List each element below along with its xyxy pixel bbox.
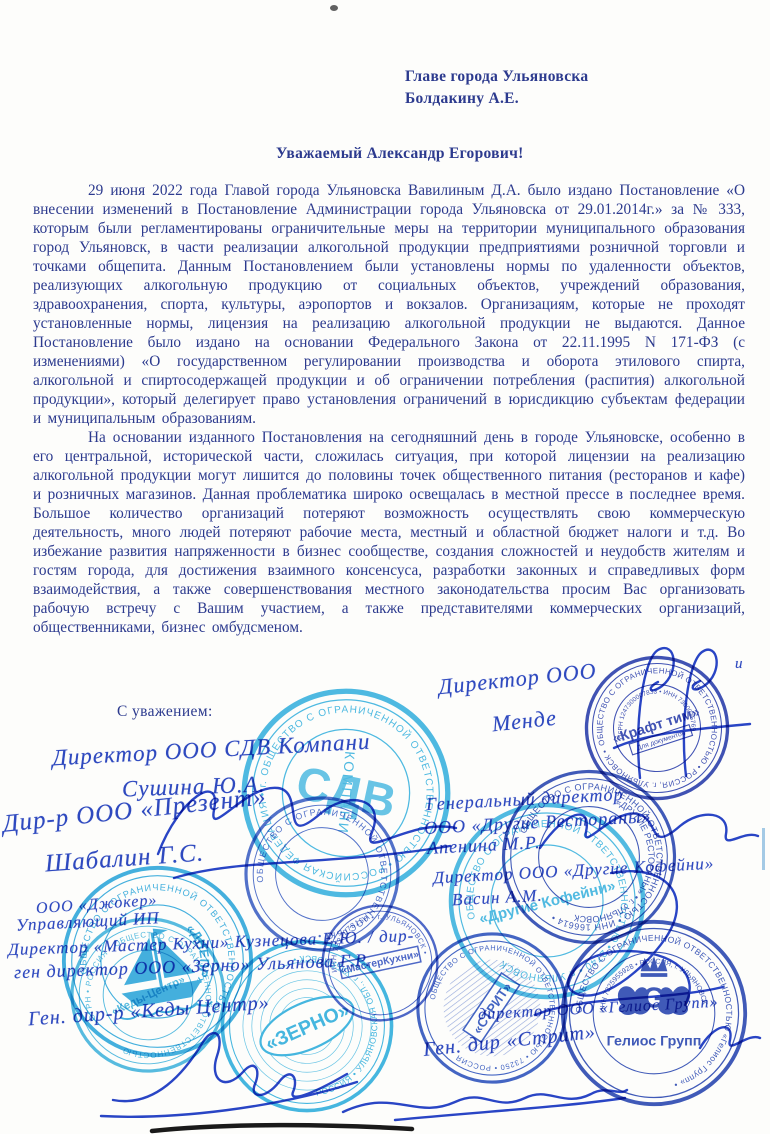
signature-squiggle <box>150 758 470 908</box>
scan-edge-shadow <box>148 1120 418 1134</box>
paragraph-1: 29 июня 2022 года Главой города Ульяновс… <box>33 181 745 428</box>
signature-squiggle <box>515 855 730 1025</box>
stamp-center-text: Гелиос Групп <box>607 1033 702 1049</box>
signature-squiggle <box>95 1012 365 1122</box>
scan-edge-mark <box>762 828 765 870</box>
signature-squiggle <box>600 628 760 798</box>
letter-page: { "letter": { "recipient_line1": "Главе … <box>0 0 770 1134</box>
scan-speck <box>330 5 338 11</box>
recipient-line-1: Главе города Ульяновска <box>405 66 588 88</box>
recipient-block: Главе города Ульяновска Болдакину А.Е. <box>405 66 588 110</box>
signature-squiggle <box>335 1068 635 1128</box>
handwriting-kraft-name: Менде <box>491 705 558 738</box>
salutation: Уважаемый Александр Егорович! <box>276 145 524 163</box>
letter-body: 29 июня 2022 года Главой города Ульяновс… <box>33 181 745 637</box>
closing-line: С уважением: <box>117 703 213 721</box>
paragraph-2: На основании изданного Постановления на … <box>33 428 745 637</box>
recipient-line-2: Болдакину А.Е. <box>405 88 588 110</box>
signature-squiggle <box>690 1008 770 1068</box>
